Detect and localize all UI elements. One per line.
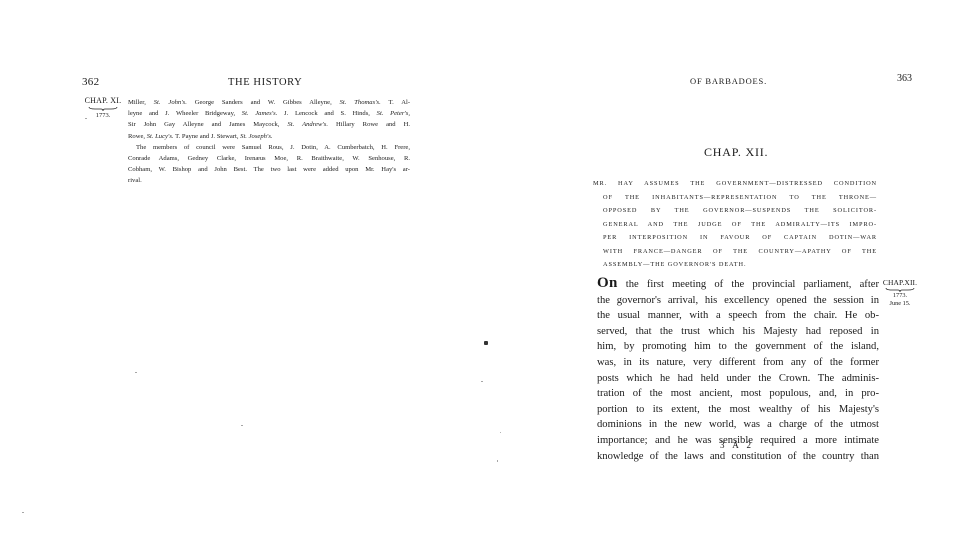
margin-note-right: CHAP.XII. 1773. June 15. <box>880 279 920 308</box>
body-line: the governor's arrival, his excellency o… <box>597 293 879 309</box>
margin-year: 1773. <box>880 292 920 300</box>
synopsis-line: opposed by the governor—suspends the sol… <box>593 204 877 218</box>
synopsis-line: per interposition in favour of captain D… <box>593 231 877 245</box>
scan-speck <box>484 341 488 345</box>
body-paragraph: On the first meeting of the provincial p… <box>597 276 879 464</box>
synopsis-line: general and the judge of the admiralty—i… <box>593 218 877 232</box>
margin-note-left: CHAP. XI. 1773. <box>82 96 124 121</box>
margin-date: June 15. <box>880 300 920 308</box>
drop-cap: On <box>597 275 618 291</box>
scan-speck <box>497 460 498 462</box>
chapter-title: CHAP. XII. <box>704 145 768 160</box>
scan-speck <box>85 118 87 119</box>
running-head-left: THE HISTORY <box>228 77 302 88</box>
footnote-line: leyne and J. Wheeler Bridgeway, St. Jame… <box>128 108 410 119</box>
page-number-left: 362 <box>82 76 99 88</box>
scan-speck <box>500 432 501 433</box>
body-line: tration of the most ancient, most populo… <box>597 386 879 402</box>
page-number-right: 363 <box>897 73 912 84</box>
footnote-paragraph-2: The members of council were Samuel Rous,… <box>128 142 410 187</box>
body-line: knowledge of the laws and constitution o… <box>597 449 879 465</box>
body-line: posts which he had held under the Crown.… <box>597 371 879 387</box>
footnote-paragraph-1: Miller, St. John's. George Sanders and W… <box>128 97 410 142</box>
body-line: On the first meeting of the provincial p… <box>597 276 879 293</box>
body-line: was, in its nature, very different from … <box>597 355 879 371</box>
body-line: dominions in the new world, was a charge… <box>597 417 879 433</box>
scan-speck <box>22 512 24 513</box>
footnote-line: Sir John Gay Alleyne and James Maycock, … <box>128 119 410 130</box>
body-line: portion to its extent, the most wealthy … <box>597 402 879 418</box>
margin-year: 1773. <box>82 111 124 121</box>
footnote-line: The members of council were Samuel Rous,… <box>128 142 410 153</box>
body-line: him, by promoting him to the government … <box>597 339 879 355</box>
margin-chapter-label: CHAP. XI. <box>82 96 124 106</box>
margin-chapter-label: CHAP.XII. <box>880 279 920 287</box>
footnote-line: Cobham, W. Bishop and John Best. The two… <box>128 164 410 175</box>
synopsis-line: of the inhabitants—representation to the… <box>593 191 877 205</box>
body-line: the usual manner, with a speech from the… <box>597 308 879 324</box>
footnote: Miller, St. John's. George Sanders and W… <box>128 97 410 187</box>
synopsis-line: assembly—the governor's death. <box>593 258 877 272</box>
footnote-line: Miller, St. John's. George Sanders and W… <box>128 97 410 108</box>
scan-speck <box>135 372 137 373</box>
synopsis-line: Mr. Hay assumes the government—distresse… <box>593 177 877 191</box>
scan-speck <box>241 425 243 426</box>
footnote-line: Conrade Adams, Gedney Clarke, Irenæus Mo… <box>128 153 410 164</box>
body-line: served, that the trust which his Majesty… <box>597 324 879 340</box>
chapter-synopsis: Mr. Hay assumes the government—distresse… <box>593 177 877 272</box>
footnote-line: rival. <box>128 175 410 186</box>
synopsis-line: with France—danger of the country—apathy… <box>593 245 877 259</box>
footnote-line: Rowe, St. Lucy's. T. Payne and J. Stewar… <box>128 131 410 142</box>
book-spread: 362 THE HISTORY CHAP. XI. 1773. Miller, … <box>0 0 980 546</box>
signature-mark: 3 A 2 <box>720 440 754 450</box>
scan-speck <box>481 381 483 382</box>
running-head-right: OF BARBADOES. <box>690 76 767 86</box>
